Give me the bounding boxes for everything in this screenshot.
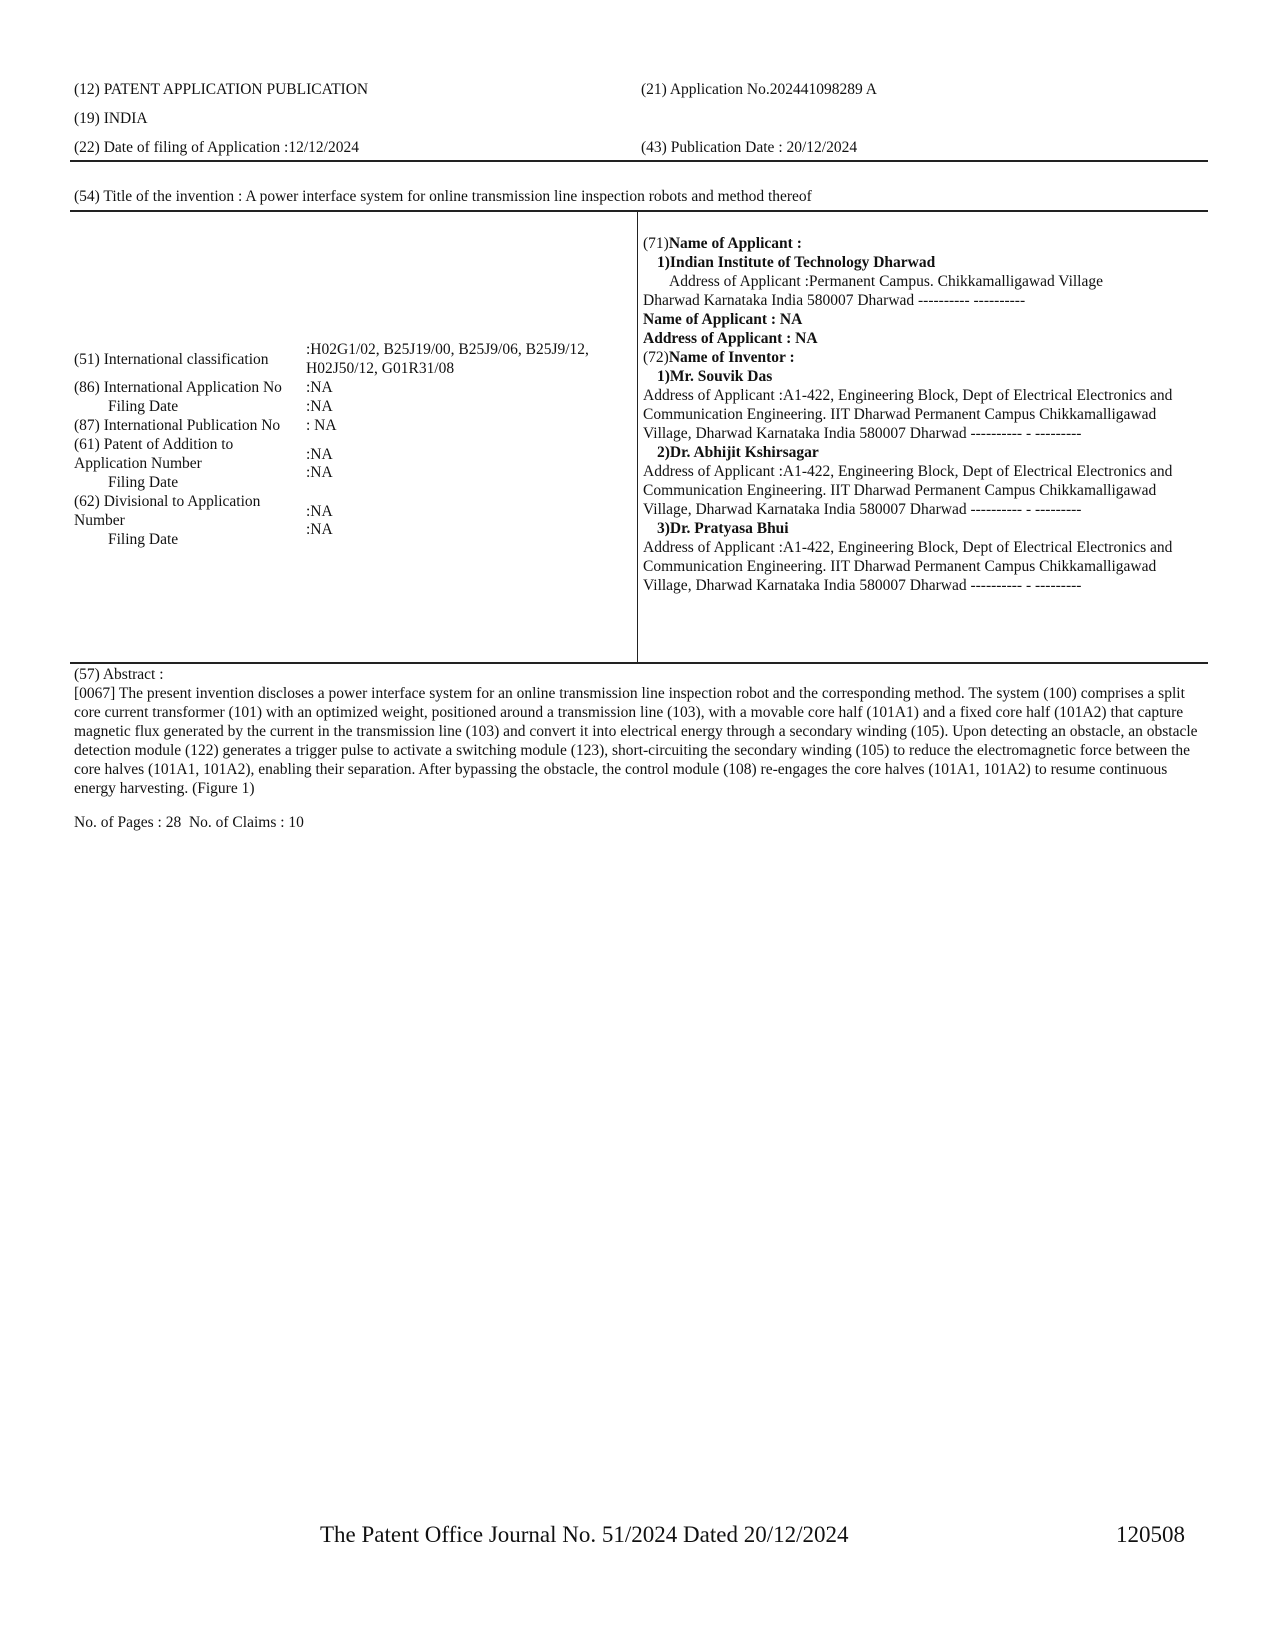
bib-value: : NA: [306, 416, 616, 435]
second-applicant-name: Name of Applicant : NA: [643, 310, 1208, 329]
bib-value: :NA: [306, 397, 616, 416]
publication-date: (43) Publication Date : 20/12/2024: [641, 138, 857, 157]
applicant-name: 1)Indian Institute of Technology Dharwad: [643, 253, 935, 272]
bib-label: (62) Divisional to Application Number: [74, 492, 306, 530]
bib-label: Filing Date: [74, 397, 178, 416]
bib-label: (61) Patent of Addition to Application N…: [74, 435, 306, 473]
inventor-name: 1)Mr. Souvik Das: [643, 367, 772, 386]
title-divider: [70, 210, 1208, 212]
table-bottom-divider: [70, 662, 1208, 664]
bib-label: Filing Date: [74, 530, 178, 549]
inventor-name: 2)Dr. Abhijit Kshirsagar: [643, 443, 819, 462]
application-number: (21) Application No.202441098289 A: [641, 80, 877, 99]
page-claim-counts: No. of Pages : 28 No. of Claims : 10: [74, 813, 304, 832]
applicant-inventor-panel: (71)Name of Applicant : 1)Indian Institu…: [643, 234, 1208, 595]
applicant-address: Address of Applicant :Permanent Campus. …: [643, 272, 1103, 291]
invention-title: (54) Title of the invention : A power in…: [74, 187, 812, 206]
header-divider: [70, 160, 1208, 162]
bib-label: (87) International Publication No: [74, 416, 306, 435]
bib-value: :NA: [306, 378, 616, 397]
bib-row: (87) International Publication No : NA: [74, 416, 616, 435]
inventor-address: Address of Applicant :A1-422, Engineerin…: [643, 538, 1191, 595]
inventor-heading: (72)Name of Inventor :: [643, 348, 1208, 367]
inventor-entry: 1)Mr. Souvik Das Address of Applicant :A…: [643, 367, 1208, 443]
applicant-heading: (71)Name of Applicant :: [643, 234, 1208, 253]
inventor-entry: 3)Dr. Pratyasa Bhui Address of Applicant…: [643, 519, 1208, 595]
inventor-entry: 2)Dr. Abhijit Kshirsagar Address of Appl…: [643, 443, 1208, 519]
abstract-heading: (57) Abstract :: [74, 665, 164, 684]
applicant-address-cont: Dharwad Karnataka India 580007 Dharwad -…: [643, 291, 1208, 310]
second-applicant-address: Address of Applicant : NA: [643, 329, 1208, 348]
country: (19) INDIA: [74, 109, 148, 128]
bib-row: Filing Date :NA: [74, 530, 616, 549]
journal-footer: The Patent Office Journal No. 51/2024 Da…: [320, 1521, 848, 1549]
bib-value: :NA: [306, 520, 616, 539]
publication-type: (12) PATENT APPLICATION PUBLICATION: [74, 80, 368, 99]
column-divider: [637, 211, 638, 662]
filing-date: (22) Date of filing of Application :12/1…: [74, 138, 359, 157]
inventor-address: Address of Applicant :A1-422, Engineerin…: [643, 462, 1191, 519]
bib-value: :NA: [306, 463, 616, 482]
bib-label: (86) International Application No: [74, 378, 306, 397]
bib-row: Filing Date :NA: [74, 473, 616, 492]
bib-row: (51) International classification :H02G1…: [74, 340, 616, 378]
inventor-address: Address of Applicant :A1-422, Engineerin…: [643, 386, 1191, 443]
bib-row: (86) International Application No :NA: [74, 378, 616, 397]
page-number: 120508: [1116, 1521, 1185, 1549]
inventor-name: 3)Dr. Pratyasa Bhui: [643, 519, 789, 538]
bib-label: Filing Date: [74, 473, 178, 492]
abstract-text: [0067] The present invention discloses a…: [74, 684, 1208, 798]
bib-row: Filing Date :NA: [74, 397, 616, 416]
bib-value: :H02G1/02, B25J19/00, B25J9/06, B25J9/12…: [306, 340, 616, 378]
bib-label: (51) International classification: [74, 340, 306, 378]
bibliographic-table: (51) International classification :H02G1…: [74, 340, 634, 549]
